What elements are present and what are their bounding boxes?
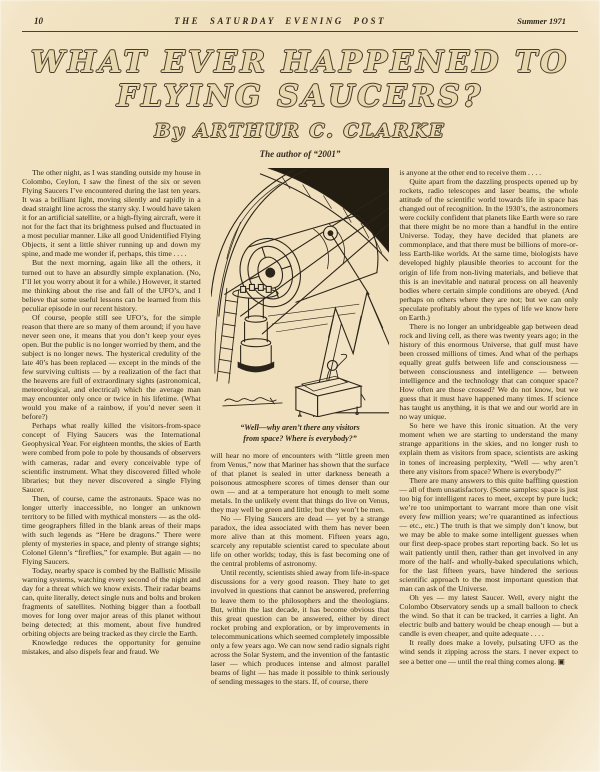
byline: By ARTHUR C. CLARKE: [0, 119, 600, 143]
page-number: 10: [34, 16, 43, 26]
article-columns: The other night, as I was standing outsi…: [0, 168, 600, 686]
floor-lines: [268, 304, 359, 332]
paragraph: Perhaps what really killed the visitors-…: [22, 421, 201, 493]
paragraph: The other night, as I was standing outsi…: [22, 168, 201, 258]
column-right: is anyone at the other end to receive th…: [399, 168, 578, 686]
column-middle: “Well—why aren’t there any visitors from…: [211, 168, 390, 686]
issue-date: Summer 1971: [517, 16, 566, 26]
page-header: 10 THE SATURDAY EVENING POST Summer 1971: [0, 0, 600, 26]
column-left: The other night, as I was standing outsi…: [22, 168, 201, 686]
pedestal: [232, 284, 277, 372]
illustration-caption: “Well—why aren’t there any visitors from…: [211, 422, 390, 444]
caption-line-1: “Well—why aren’t there any visitors: [211, 422, 390, 433]
paragraph: But the next morning, again like all the…: [22, 258, 201, 312]
paragraph: There are many answers to this quite baf…: [399, 476, 578, 594]
artist-signature: [223, 398, 282, 406]
caption-line-2: from space? Where is everybody?”: [211, 433, 390, 444]
paragraph: is anyone at the other end to receive th…: [399, 168, 578, 177]
paragraph: There is no longer an unbridgeable gap b…: [399, 322, 578, 422]
observatory-illustration: [211, 168, 390, 417]
magazine-page: 10 THE SATURDAY EVENING POST Summer 1971…: [0, 0, 600, 772]
paragraph: Knowledge reduces the opportunity for ge…: [22, 638, 201, 656]
paragraph: Oh yes — my latest Saucer. Well, every n…: [399, 593, 578, 638]
paragraph: will hear no more of encounters with “li…: [211, 451, 390, 514]
paragraph: Until recently, scientists shied away fr…: [211, 568, 390, 686]
author-note: The author of “2001”: [0, 149, 600, 159]
paragraph: So here we have this ironic situation. A…: [399, 421, 578, 475]
paragraph: Then, of course, came the astronauts. Sp…: [22, 494, 201, 566]
article-title-block: WHAT EVER HAPPENED TO FLYING SAUCERS? By…: [0, 46, 600, 159]
header-rule: [22, 31, 578, 32]
paragraph-with-end-mark: It really does make a lovely, pulsating …: [399, 638, 578, 665]
masthead: THE SATURDAY EVENING POST: [174, 16, 386, 26]
paragraph: No — Flying Saucers are dead — yet by a …: [211, 514, 390, 568]
article-title-line-1: WHAT EVER HAPPENED TO: [0, 46, 600, 80]
paragraph: Of course, people still see UFO’s, for t…: [22, 313, 201, 422]
paragraph: Quite apart from the dazzling prospects …: [399, 177, 578, 322]
paragraph: Today, nearby space is combed by the Bal…: [22, 566, 201, 638]
article-title-line-2: FLYING SAUCERS?: [0, 80, 600, 114]
